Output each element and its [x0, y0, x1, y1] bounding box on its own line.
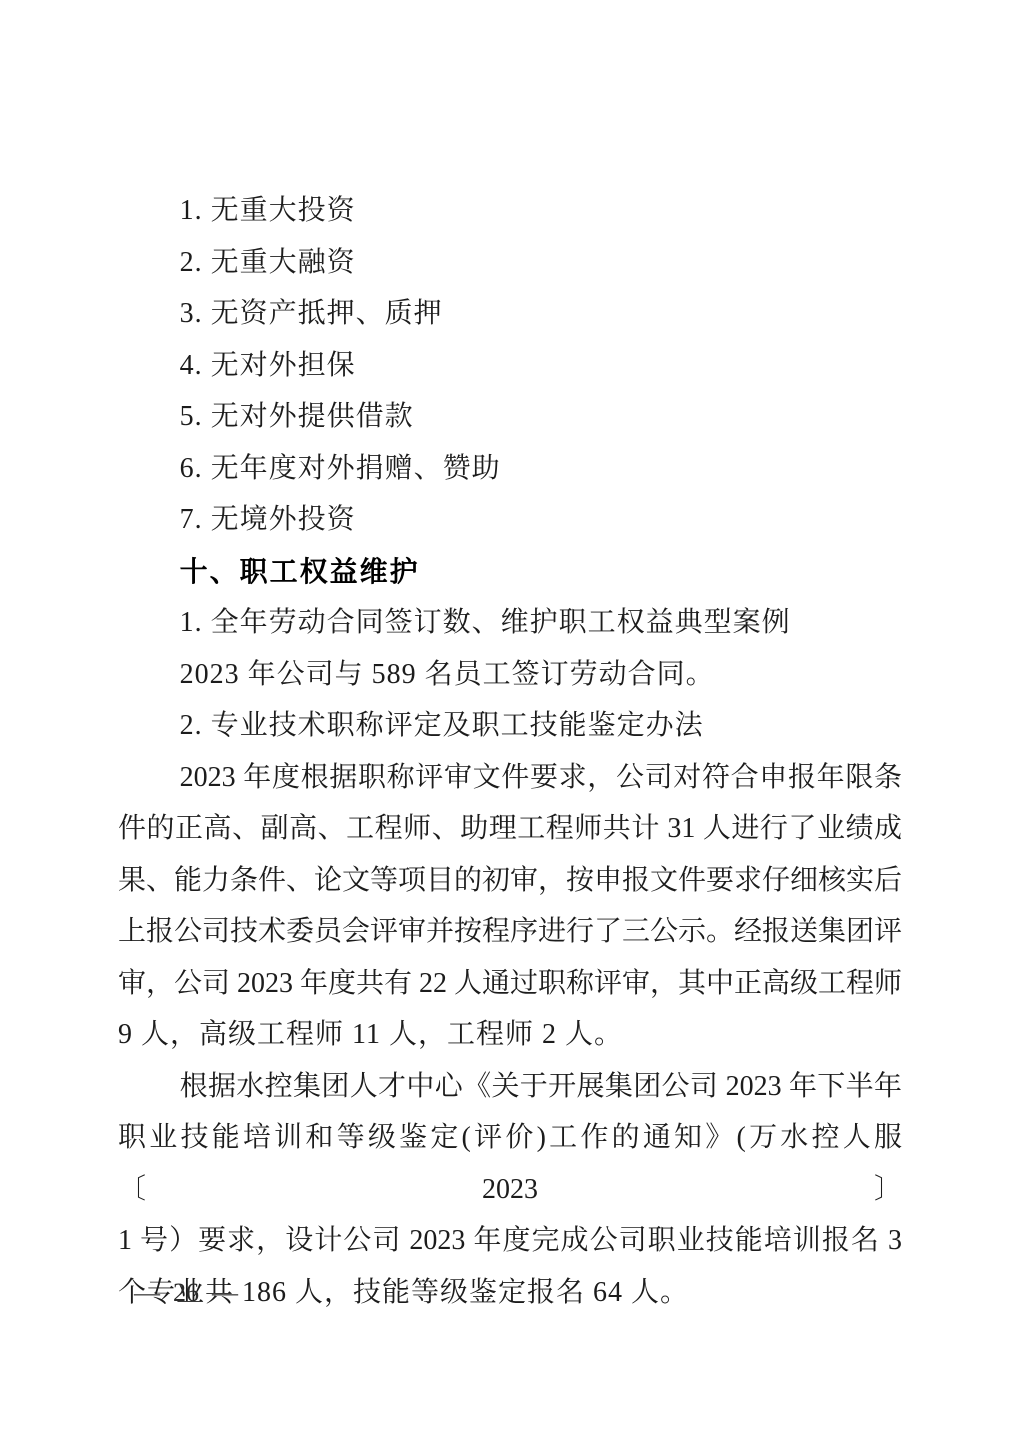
disclosure-item-1: 1. 无重大投资	[118, 185, 902, 237]
footer-right-dash: —	[212, 1278, 238, 1307]
disclosure-item-6: 6. 无年度对外捐赠、赞助	[118, 443, 902, 495]
section-heading-worker-rights: 十、职工权益维护	[118, 546, 902, 598]
skill-training-paragraph-line: 1 号）要求，设计公司 2023 年度完成公司职业技能培训报名 3	[118, 1215, 902, 1267]
disclosure-item-3: 3. 无资产抵押、质押	[118, 288, 902, 340]
disclosure-item-2: 2. 无重大融资	[118, 237, 902, 289]
document-body: 1. 无重大投资 2. 无重大融资 3. 无资产抵押、质押 4. 无对外担保 5…	[118, 185, 902, 1318]
labor-contract-item-title: 1. 全年劳动合同签订数、维护职工权益典型案例	[118, 597, 902, 649]
document-page: 1. 无重大投资 2. 无重大融资 3. 无资产抵押、质押 4. 无对外担保 5…	[0, 0, 1024, 1448]
skill-appraisal-item-title: 2. 专业技术职称评定及职工技能鉴定办法	[118, 700, 902, 752]
title-review-paragraph-line: 9 人，高级工程师 11 人，工程师 2 人。	[118, 1009, 902, 1061]
title-review-paragraph-line: 2023 年度根据职称评审文件要求，公司对符合申报年限条	[118, 752, 902, 804]
disclosure-item-7: 7. 无境外投资	[118, 494, 902, 546]
footer-left-dash: —	[134, 1278, 160, 1307]
title-review-paragraph-line: 件的正高、副高、工程师、助理工程师共计 31 人进行了业绩成	[118, 803, 902, 855]
page-number: —26—	[134, 1276, 238, 1310]
labor-contract-item-text: 2023 年公司与 589 名员工签订劳动合同。	[118, 649, 902, 701]
footer-page-number: 26	[173, 1278, 199, 1307]
skill-training-paragraph-line: 根据水控集团人才中心《关于开展集团公司 2023 年下半年	[118, 1061, 902, 1113]
disclosure-item-4: 4. 无对外担保	[118, 340, 902, 392]
title-review-paragraph-line: 上报公司技术委员会评审并按程序进行了三公示。经报送集团评	[118, 906, 902, 958]
title-review-paragraph-line: 果、能力条件、论文等项目的初审，按申报文件要求仔细核实后	[118, 855, 902, 907]
skill-training-paragraph-line: 职业技能培训和等级鉴定(评价)工作的通知》(万水控人服〔2023〕	[118, 1112, 902, 1215]
title-review-paragraph-line: 审，公司 2023 年度共有 22 人通过职称评审，其中正高级工程师	[118, 958, 902, 1010]
disclosure-item-5: 5. 无对外提供借款	[118, 391, 902, 443]
